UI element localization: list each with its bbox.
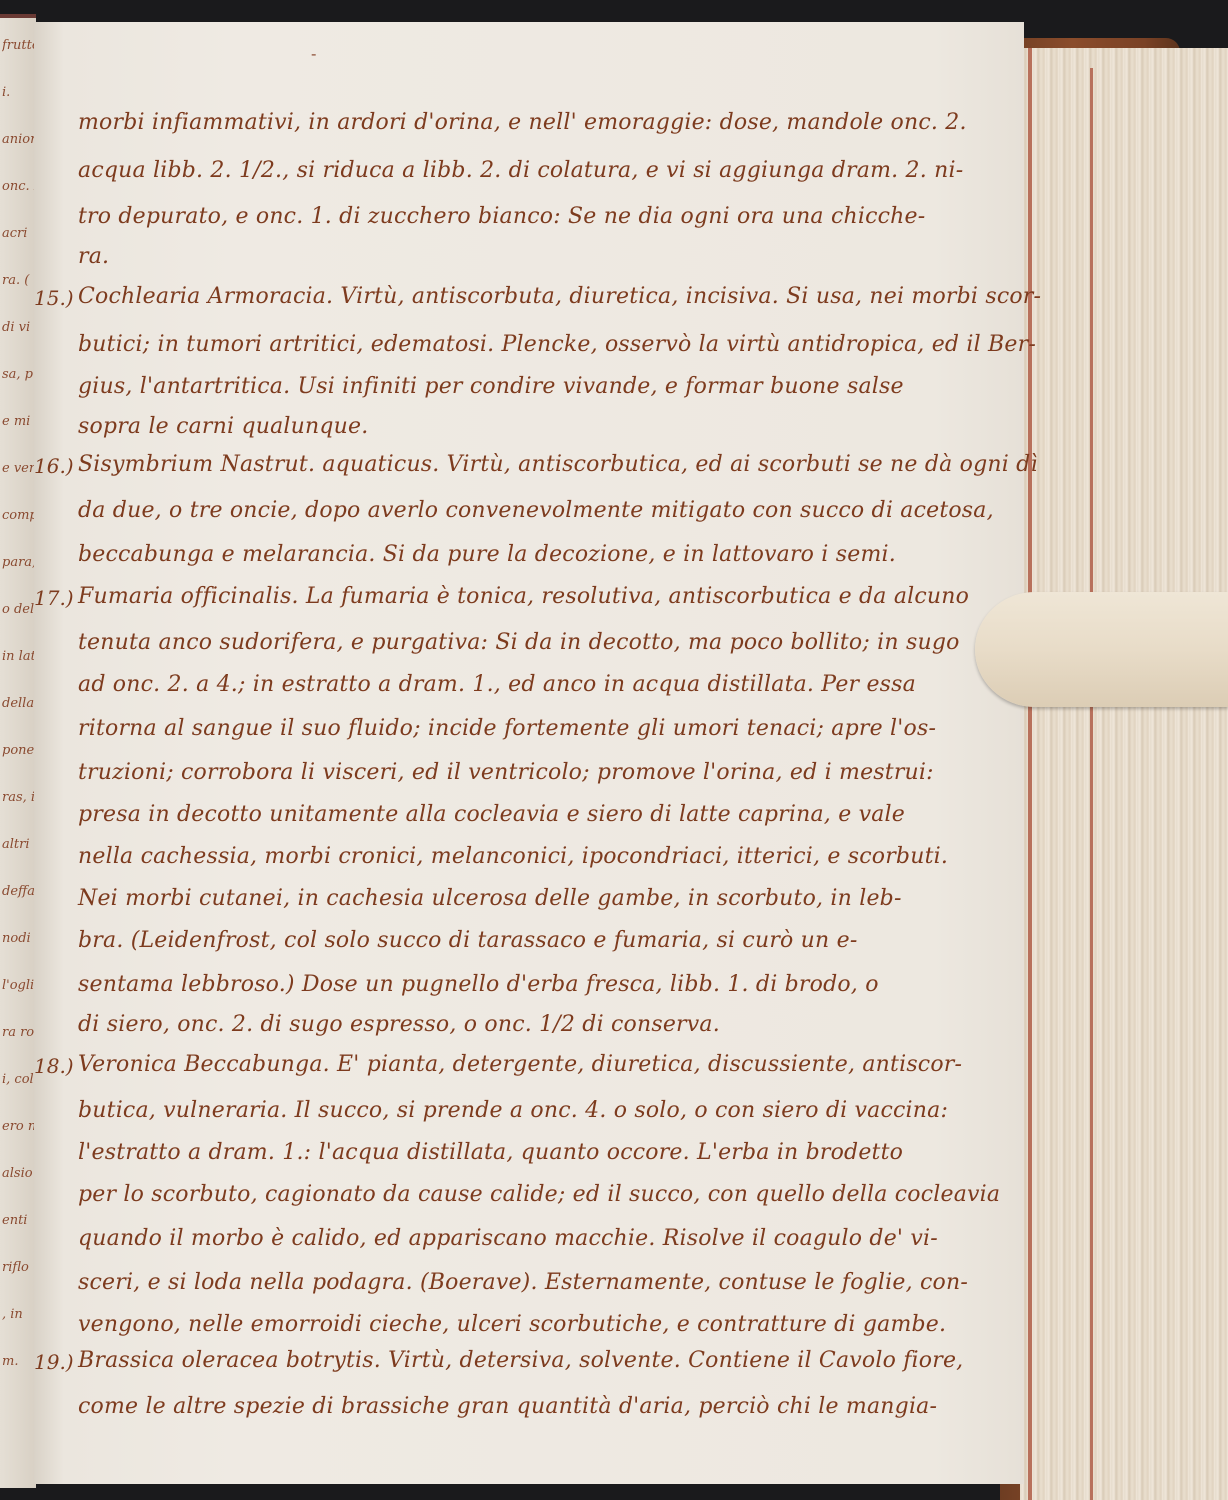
left-page-fragment: della — [2, 696, 34, 711]
left-page-fragment: anior — [2, 132, 34, 147]
entry-heading: Sisymbrium Nastrut. aquaticus. Virtù, an… — [78, 452, 1038, 477]
left-page-fragment: o del — [2, 602, 34, 617]
left-page-fragment: l'ogli — [2, 978, 34, 993]
text-line: vengono, nelle emorroidi cieche, ulceri … — [78, 1312, 946, 1337]
entry-heading: Cochlearia Armoracia. Virtù, antiscorbut… — [78, 284, 1041, 309]
left-page-fragment: ra. ( — [2, 273, 34, 288]
left-page-fragment: m. — [2, 1354, 34, 1369]
entry-heading: Fumaria officinalis. La fumaria è tonica… — [78, 584, 969, 609]
text-line: sentama lebbroso.) Dose un pugnello d'er… — [78, 972, 879, 997]
manuscript-page: - morbi infiammativi, in ardori d'orina,… — [34, 22, 1024, 1484]
left-page-fragment: comp — [2, 508, 34, 523]
left-page-fragment: i. — [2, 85, 34, 100]
entry-number: 19.) — [34, 1350, 74, 1374]
book-photo: fruttoi.anioronc. 2acrira. (di visa, pe … — [0, 0, 1228, 1500]
left-page-fragment: , in — [2, 1307, 34, 1322]
text-line: beccabunga e melarancia. Si da pure la d… — [78, 542, 896, 567]
text-line: ad onc. 2. a 4.; in estratto a dram. 1.,… — [78, 672, 916, 697]
text-line: sopra le carni qualunque. — [78, 414, 368, 439]
text-line: come le altre spezie di brassiche gran q… — [78, 1394, 937, 1419]
text-line: truzioni; corrobora li visceri, ed il ve… — [78, 760, 934, 785]
left-page-fragment: in lat — [2, 649, 34, 664]
left-page-fragment: riflo — [2, 1260, 34, 1275]
text-line: tenuta anco sudorifera, e purgativa: Si … — [78, 630, 960, 655]
left-page-fragment: enti — [2, 1213, 34, 1228]
entry-number: 17.) — [34, 586, 74, 610]
left-page-fragment: alsio — [2, 1166, 34, 1181]
left-page-fragment: di vi — [2, 320, 34, 335]
left-page-fragment: altri — [2, 837, 34, 852]
left-page-fragment: frutto — [2, 38, 34, 53]
entry-number: 18.) — [34, 1054, 74, 1078]
left-page-fragment: nodi — [2, 931, 34, 946]
left-page-fragment: deffa — [2, 884, 34, 899]
text-line: acqua libb. 2. 1/2., si riduca a libb. 2… — [78, 158, 963, 183]
text-line: quando il morbo è calido, ed appariscano… — [78, 1226, 938, 1251]
text-line: bra. (Leidenfrost, col solo succo di tar… — [78, 928, 857, 953]
text-line: butici; in tumori artritici, edematosi. … — [78, 332, 1036, 357]
text-line: ra. — [78, 244, 109, 269]
text-line: per lo scorbuto, cagionato da cause cali… — [78, 1182, 1000, 1207]
left-page-fragment: para, — [2, 555, 34, 570]
text-line: sceri, e si loda nella podagra. (Boerave… — [78, 1270, 968, 1295]
left-page-fragment: i, col — [2, 1072, 34, 1087]
left-page-fragment: ero n — [2, 1119, 34, 1134]
text-line: da due, o tre oncie, dopo averlo convene… — [78, 498, 994, 523]
page-mark: - — [311, 44, 316, 63]
left-page-fragment: ra rop — [2, 1025, 34, 1040]
left-page-fragment: onc. 2 — [2, 179, 34, 194]
left-page-fragment: acri — [2, 226, 34, 241]
page-edges — [1020, 48, 1228, 1500]
text-line: tro depurato, e onc. 1. di zucchero bian… — [78, 204, 925, 229]
left-page-fragment: pone — [2, 743, 34, 758]
left-page-fragment: e ver — [2, 461, 34, 476]
text-line: ritorna al sangue il suo fluido; incide … — [78, 716, 936, 741]
bone-folder-bookmark — [975, 592, 1228, 707]
red-edge-stripe — [1028, 48, 1032, 1500]
text-line: gius, l'antartritica. Usi infiniti per c… — [78, 374, 904, 399]
red-edge-stripe — [1090, 68, 1093, 1500]
left-page-fragment: e mi — [2, 414, 34, 429]
left-page-fragment: sa, p — [2, 367, 34, 382]
text-line: Nei morbi cutanei, in cachesia ulcerosa … — [78, 886, 902, 911]
entry-heading: Brassica oleracea botrytis. Virtù, deter… — [78, 1348, 963, 1373]
left-page-fragment: ras, i — [2, 790, 34, 805]
text-line: butica, vulneraria. Il succo, si prende … — [78, 1098, 948, 1123]
text-line: nella cachessia, morbi cronici, melancon… — [78, 844, 948, 869]
entry-heading: Veronica Beccabunga. E' pianta, detergen… — [78, 1052, 962, 1077]
text-line: presa in decotto unitamente alla cocleav… — [78, 802, 905, 827]
text-line: morbi infiammativi, in ardori d'orina, e… — [78, 110, 967, 135]
entry-number: 16.) — [34, 454, 74, 478]
entry-number: 15.) — [34, 286, 74, 310]
left-page-gutter: fruttoi.anioronc. 2acrira. (di visa, pe … — [0, 14, 36, 1488]
text-line: di siero, onc. 2. di sugo espresso, o on… — [78, 1012, 720, 1037]
text-line: l'estratto a dram. 1.: l'acqua distillat… — [78, 1140, 903, 1165]
